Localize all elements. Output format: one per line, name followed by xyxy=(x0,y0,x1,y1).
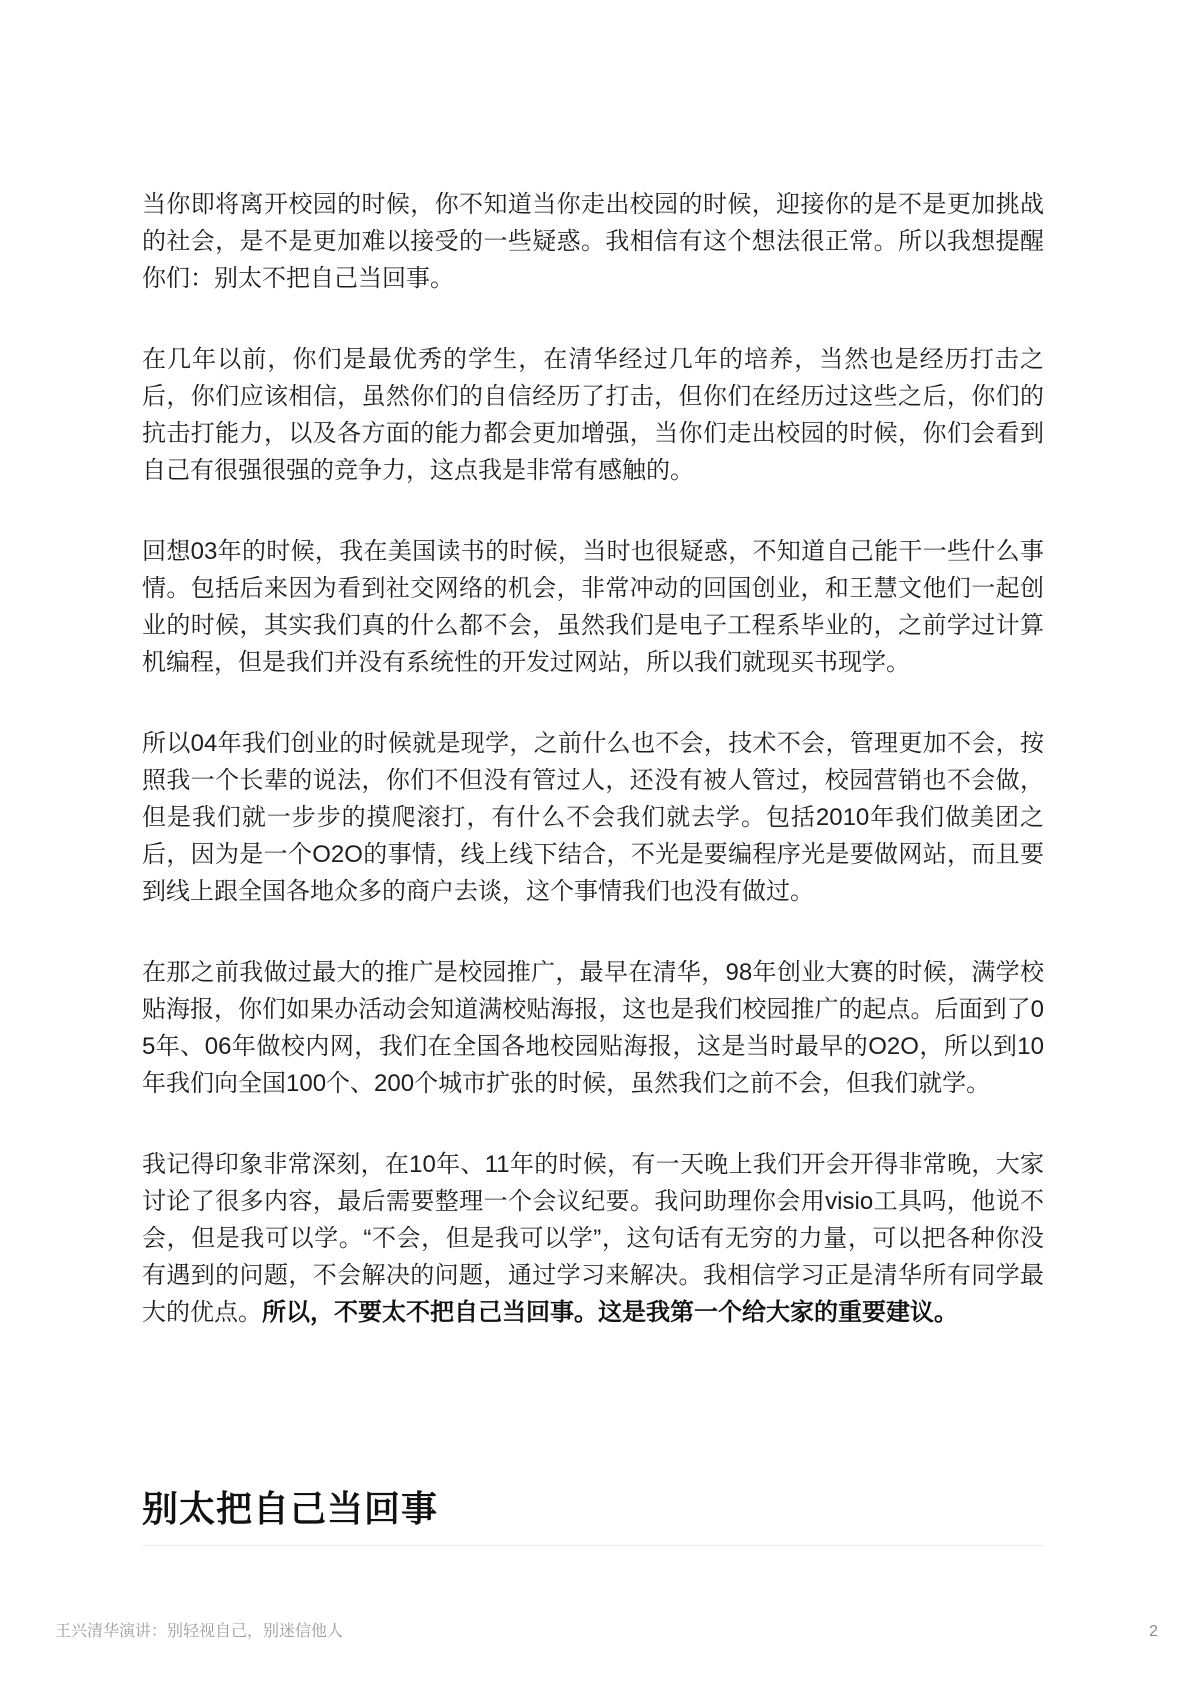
paragraph: 所以04年我们创业的时候就是现学，之前什么也不会，技术不会，管理更加不会，按照我… xyxy=(142,725,1044,910)
page-footer: 王兴清华演讲：别轻视自己，别迷信他人 2 xyxy=(55,1622,1158,1642)
paragraph-list: 当你即将离开校园的时候，你不知道当你走出校园的时候，迎接你的是不是更加挑战的社会… xyxy=(142,186,1044,1331)
paragraph: 当你即将离开校园的时候，你不知道当你走出校园的时候，迎接你的是不是更加挑战的社会… xyxy=(142,186,1044,297)
page-number: 2 xyxy=(1149,1622,1158,1642)
paragraph-text: 回想03年的时候，我在美国读书的时候，当时也很疑惑，不知道自己能干一些什么事情。… xyxy=(142,538,1044,676)
paragraph-text: 在那之前我做过最大的推广是校园推广，最早在清华，98年创业大赛的时候，满学校贴海… xyxy=(142,959,1044,1097)
paragraph: 在那之前我做过最大的推广是校园推广，最早在清华，98年创业大赛的时候，满学校贴海… xyxy=(142,954,1044,1102)
paragraph-text: 在几年以前，你们是最优秀的学生，在清华经过几年的培养，当然也是经历打击之后，你们… xyxy=(142,346,1044,484)
paragraph-text: 所以04年我们创业的时候就是现学，之前什么也不会，技术不会，管理更加不会，按照我… xyxy=(142,730,1044,905)
paragraph-text: 当你即将离开校园的时候，你不知道当你走出校园的时候，迎接你的是不是更加挑战的社会… xyxy=(142,191,1044,292)
paragraph: 我记得印象非常深刻，在10年、11年的时候，有一天晚上我们开会开得非常晚，大家讨… xyxy=(142,1146,1044,1331)
paragraph: 回想03年的时候，我在美国读书的时候，当时也很疑惑，不知道自己能干一些什么事情。… xyxy=(142,533,1044,681)
paragraph: 在几年以前，你们是最优秀的学生，在清华经过几年的培养，当然也是经历打击之后，你们… xyxy=(142,341,1044,489)
document-page: 当你即将离开校园的时候，你不知道当你走出校园的时候，迎接你的是不是更加挑战的社会… xyxy=(0,0,1200,1698)
section-heading: 别太把自己当回事 xyxy=(142,1487,1044,1546)
paragraph-bold-text: 所以，不要太不把自己当回事。这是我第一个给大家的重要建议。 xyxy=(262,1299,958,1326)
article-body: 当你即将离开校园的时候，你不知道当你走出校园的时候，迎接你的是不是更加挑战的社会… xyxy=(142,0,1044,1546)
footer-document-title: 王兴清华演讲：别轻视自己，别迷信他人 xyxy=(55,1622,343,1642)
